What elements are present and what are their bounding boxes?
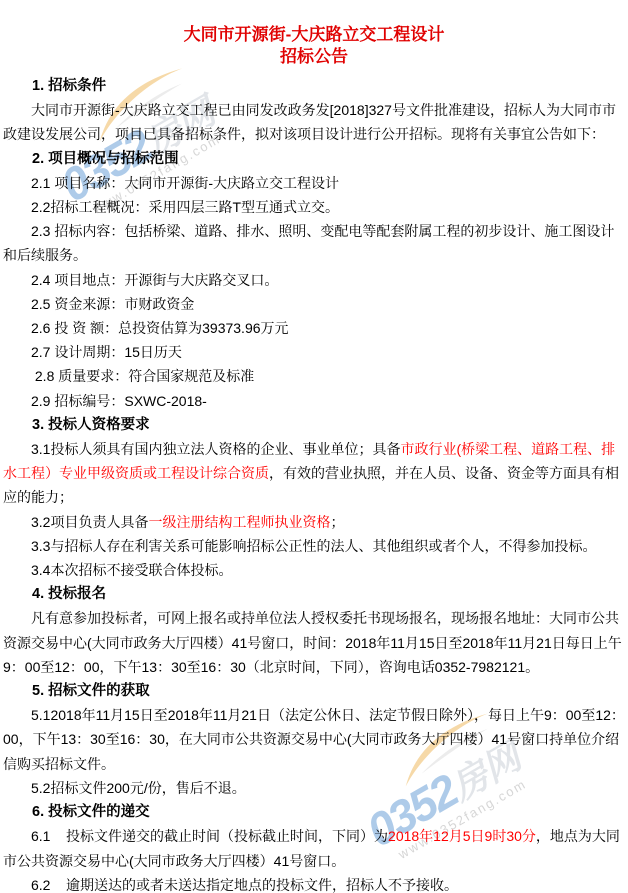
text-segment: 3.4本次招标不接受联合体投标。: [31, 562, 232, 578]
text-segment: 3.1投标人须具有国内独立法人资格的企业、事业单位；具备: [31, 441, 400, 457]
section-heading-2: 2. 项目概况与招标范围: [3, 147, 625, 171]
text-segment: 2.2招标工程概况：采用四层三路T型互通式立交。: [31, 199, 339, 215]
document: 大同市开源街-大庆路立交工程设计 招标公告 1. 招标条件 大同市开源街-大庆路…: [0, 0, 628, 893]
text-segment: 2.9 招标编号：SXWC-2018-: [31, 393, 207, 409]
text-segment: 2.4 项目地点：开源街与大庆路交叉口。: [31, 272, 278, 288]
text-segment: 2.8 质量要求：符合国家规范及标准: [31, 368, 254, 384]
paragraph: 3.1投标人须具有国内独立法人资格的企业、事业单位；具备市政行业(桥梁工程、道路…: [3, 437, 625, 510]
text-segment: 5.2招标文件200元/份，售后不退。: [31, 780, 246, 796]
paragraph: 2.8 质量要求：符合国家规范及标准: [3, 364, 625, 388]
text-segment: 2.3 招标内容：包括桥梁、道路、排水、照明、变配电等配套附属工程的初步设计、施…: [3, 223, 614, 263]
text-segment: 大同市开源街-大庆路立交工程已由同发改政务发[2018]327号文件批准建设，招…: [3, 102, 616, 142]
text-segment: 6.2 逾期送达的或者未送达指定地点的投标文件，招标人不予接收。: [31, 877, 458, 893]
highlighted-text: 2018年12月5日9时30分: [388, 828, 536, 844]
paragraph: 6.2 逾期送达的或者未送达指定地点的投标文件，招标人不予接收。: [3, 873, 625, 893]
paragraph: 3.3与招标人存在利害关系可能影响招标公正性的法人、其他组织或者个人，不得参加投…: [3, 534, 625, 558]
paragraph: 2.4 项目地点：开源街与大庆路交叉口。: [3, 268, 625, 292]
page-title: 大同市开源街-大庆路立交工程设计 招标公告: [3, 24, 625, 68]
text-segment: 2.7 设计周期：15日历天: [31, 344, 182, 360]
paragraph: 3.2项目负责人具备一级注册结构工程师执业资格；: [3, 510, 625, 534]
doc-title-line1: 大同市开源街-大庆路立交工程设计: [3, 24, 625, 46]
text-segment: 6.1 投标文件递交的截止时间（投标截止时间，下同）为: [31, 828, 388, 844]
paragraph: 凡有意参加投标者，可网上报名或持单位法人授权委托书现场报名，现场报名地址：大同市…: [3, 606, 625, 679]
text-segment: 2.6 投 资 额：总投资估算为39373.96万元: [31, 320, 289, 336]
section-heading-4: 4. 投标报名: [3, 582, 625, 606]
highlighted-text: 一级注册结构工程师执业资格: [148, 514, 330, 530]
paragraph: 2.5 资金来源：市财政资金: [3, 292, 625, 316]
text-segment: 凡有意参加投标者，可网上报名或持单位法人授权委托书现场报名，现场报名地址：大同市…: [3, 610, 622, 674]
paragraph: 2.3 招标内容：包括桥梁、道路、排水、照明、变配电等配套附属工程的初步设计、施…: [3, 219, 625, 267]
paragraph: 5.2招标文件200元/份，售后不退。: [3, 776, 625, 800]
paragraph: 2.9 招标编号：SXWC-2018-: [3, 389, 625, 413]
paragraph: 2.2招标工程概况：采用四层三路T型互通式立交。: [3, 195, 625, 219]
paragraph: 大同市开源街-大庆路立交工程已由同发改政务发[2018]327号文件批准建设，招…: [3, 98, 625, 146]
paragraph: 2.7 设计周期：15日历天: [3, 340, 625, 364]
section-heading-5: 5. 招标文件的获取: [3, 679, 625, 703]
paragraph: 5.12018年11月15日至2018年11月21日（法定公休日、法定节假日除外…: [3, 703, 625, 776]
doc-title-line2: 招标公告: [3, 46, 625, 68]
paragraph: 2.6 投 资 额：总投资估算为39373.96万元: [3, 316, 625, 340]
text-segment: 3.2项目负责人具备: [31, 514, 148, 530]
paragraph: 6.1 投标文件递交的截止时间（投标截止时间，下同）为2018年12月5日9时3…: [3, 824, 625, 872]
section-heading-3: 3. 投标人资格要求: [3, 413, 625, 437]
text-segment: 5.12018年11月15日至2018年11月21日（法定公休日、法定节假日除外…: [3, 707, 625, 771]
section-heading-1: 1. 招标条件: [3, 74, 625, 98]
paragraph: 2.1 项目名称：大同市开源街-大庆路立交工程设计: [3, 171, 625, 195]
text-segment: ；: [330, 514, 344, 530]
text-segment: 2.5 资金来源：市财政资金: [31, 296, 194, 312]
paragraph: 3.4本次招标不接受联合体投标。: [3, 558, 625, 582]
section-heading-6: 6. 投标文件的递交: [3, 800, 625, 824]
text-segment: 3.3与招标人存在利害关系可能影响招标公正性的法人、其他组织或者个人，不得参加投…: [31, 538, 596, 554]
text-segment: 2.1 项目名称：大同市开源街-大庆路立交工程设计: [31, 175, 339, 191]
